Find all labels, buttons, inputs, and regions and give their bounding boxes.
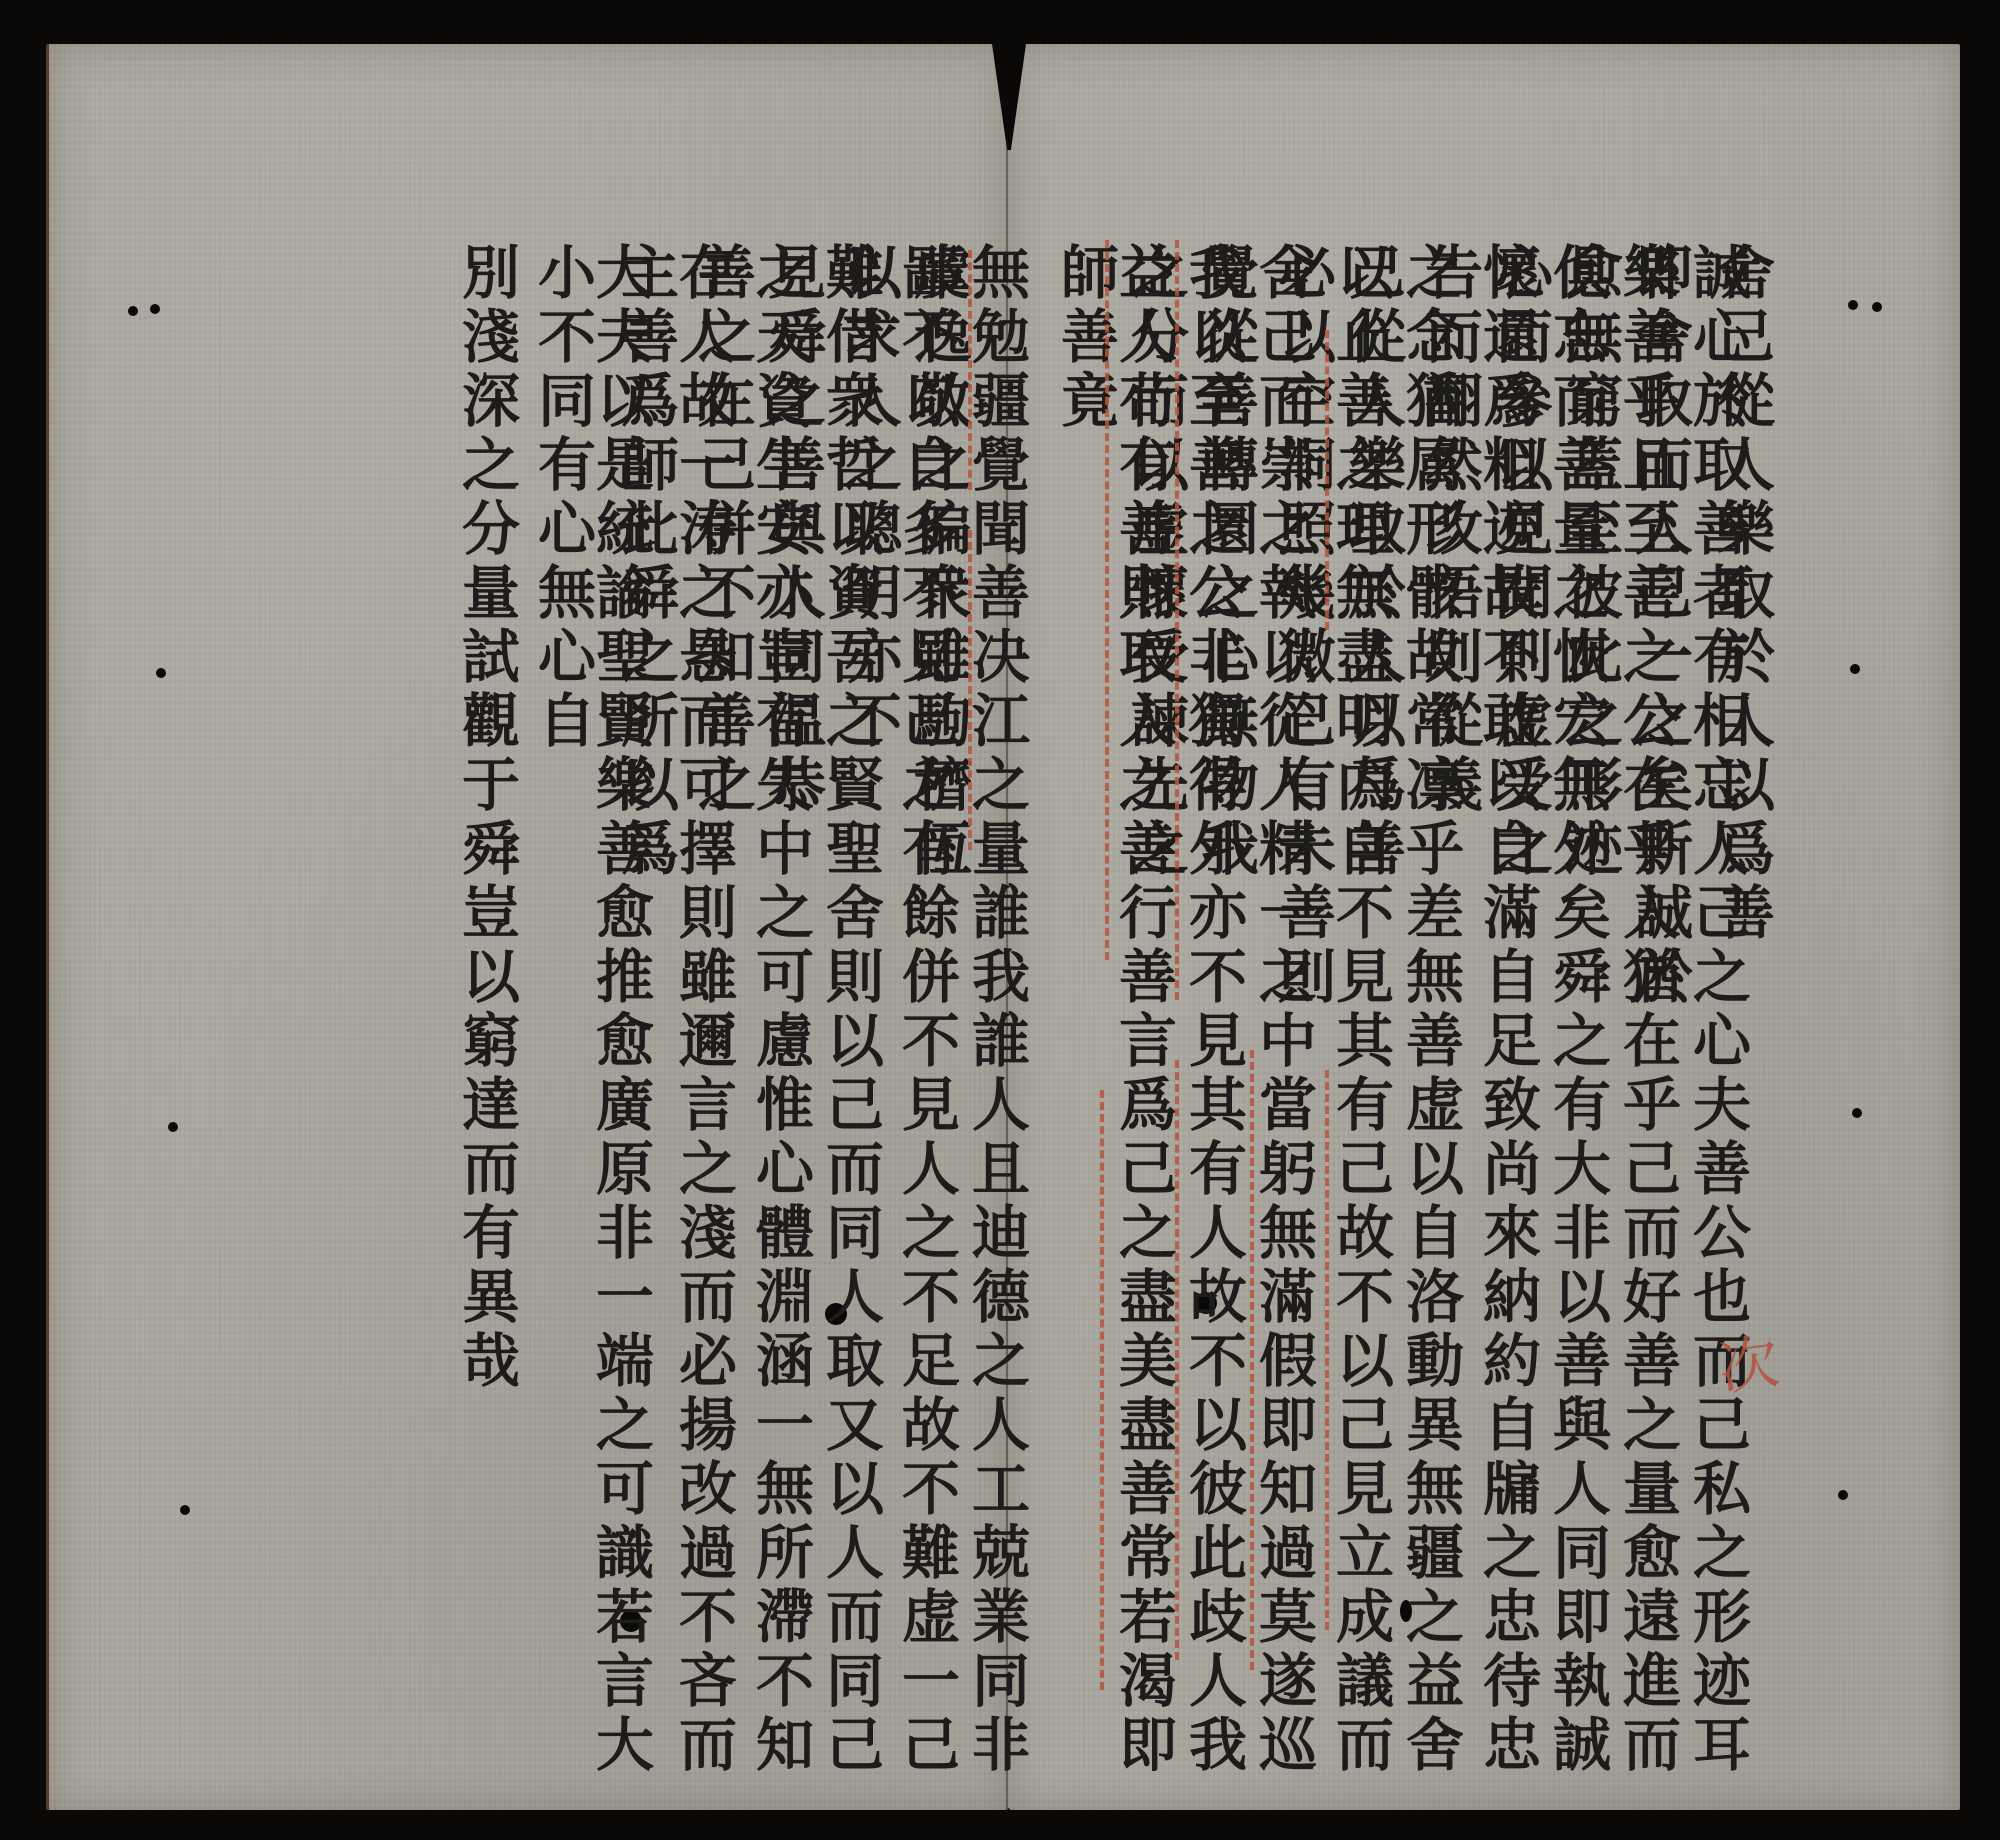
binding-hole [1850, 664, 1860, 674]
red-punctuation-marks [1325, 1070, 1337, 1630]
text-column: 別淺深之分量試觀于舜豈以窮達而有異哉 [457, 242, 515, 1394]
red-punctuation-marks [1325, 330, 1337, 630]
binding-hole [1838, 1490, 1848, 1500]
red-punctuation-marks [968, 530, 980, 850]
margin-annotation-red: 次 [1712, 1314, 1783, 1408]
text-column: 大夫以是統論聖賢樂善愈推愈廣原非一端之可識若言大小不同有心無心自 [533, 242, 649, 1840]
binding-hole [1852, 1108, 1862, 1118]
binding-hole [168, 1122, 178, 1132]
red-punctuation-marks [1175, 240, 1187, 1000]
binding-hole [180, 1505, 190, 1515]
binding-hole [1848, 300, 1858, 310]
red-punctuation-marks [1105, 240, 1117, 960]
binding-hole [1872, 302, 1882, 312]
binding-hole [150, 304, 160, 314]
red-punctuation-marks [1175, 1060, 1187, 1660]
red-punctuation-marks [968, 250, 980, 490]
red-punctuation-marks [1250, 1050, 1262, 1670]
binding-hole [156, 668, 166, 678]
binding-hole [128, 306, 138, 316]
red-punctuation-marks [1100, 1090, 1112, 1690]
